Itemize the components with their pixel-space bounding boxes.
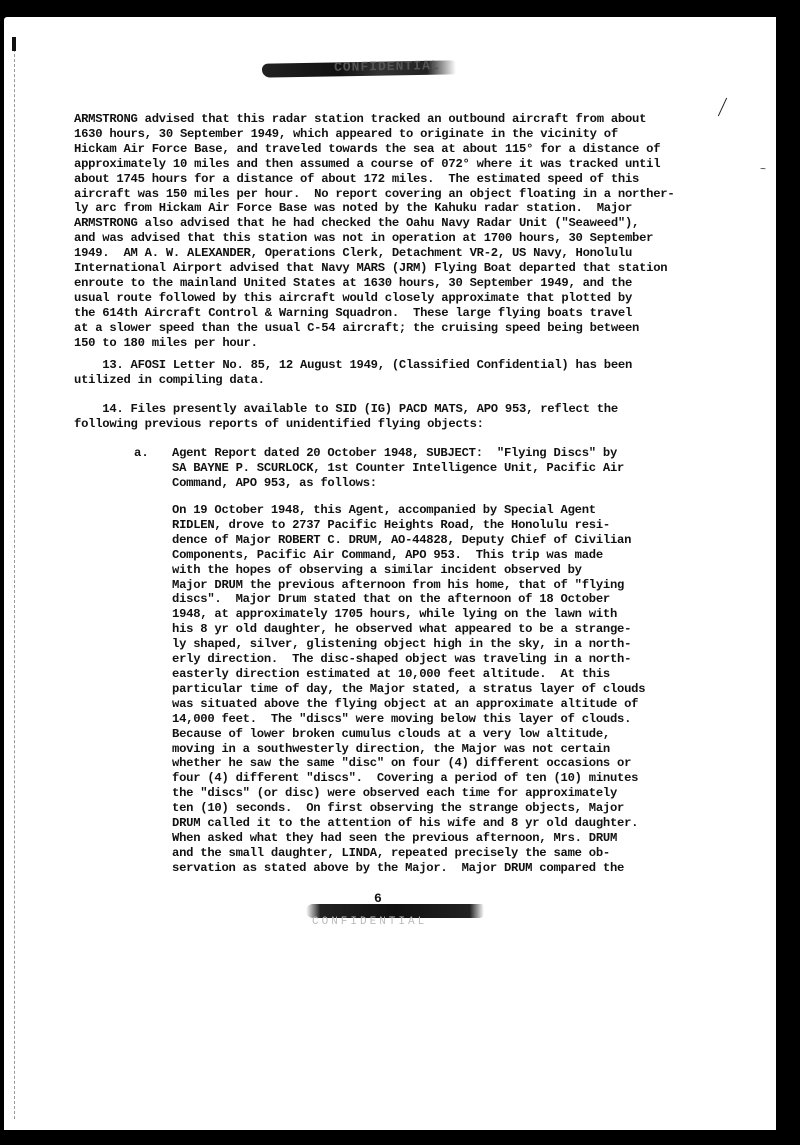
classification-stamp-bottom-text: CONFIDENTIAL xyxy=(312,916,427,928)
margin-mark xyxy=(12,37,16,51)
paragraph-13: 13. AFOSI Letter No. 85, 12 August 1949,… xyxy=(74,358,632,388)
classification-stamp-top-text: CONFIDENTIAL xyxy=(334,58,440,75)
paragraph-continuation: ARMSTRONG advised that this radar statio… xyxy=(74,112,674,351)
item-a-body: On 19 October 1948, this Agent, accompan… xyxy=(172,503,645,876)
item-a-label: a. xyxy=(134,446,149,460)
pencil-mark xyxy=(718,98,727,117)
punch-margin-line xyxy=(14,39,17,1119)
paragraph-14: 14. Files presently available to SID (IG… xyxy=(74,402,618,432)
margin-squiggle: ~ xyxy=(760,165,766,176)
item-a-heading: Agent Report dated 20 October 1948, SUBJ… xyxy=(172,446,624,491)
